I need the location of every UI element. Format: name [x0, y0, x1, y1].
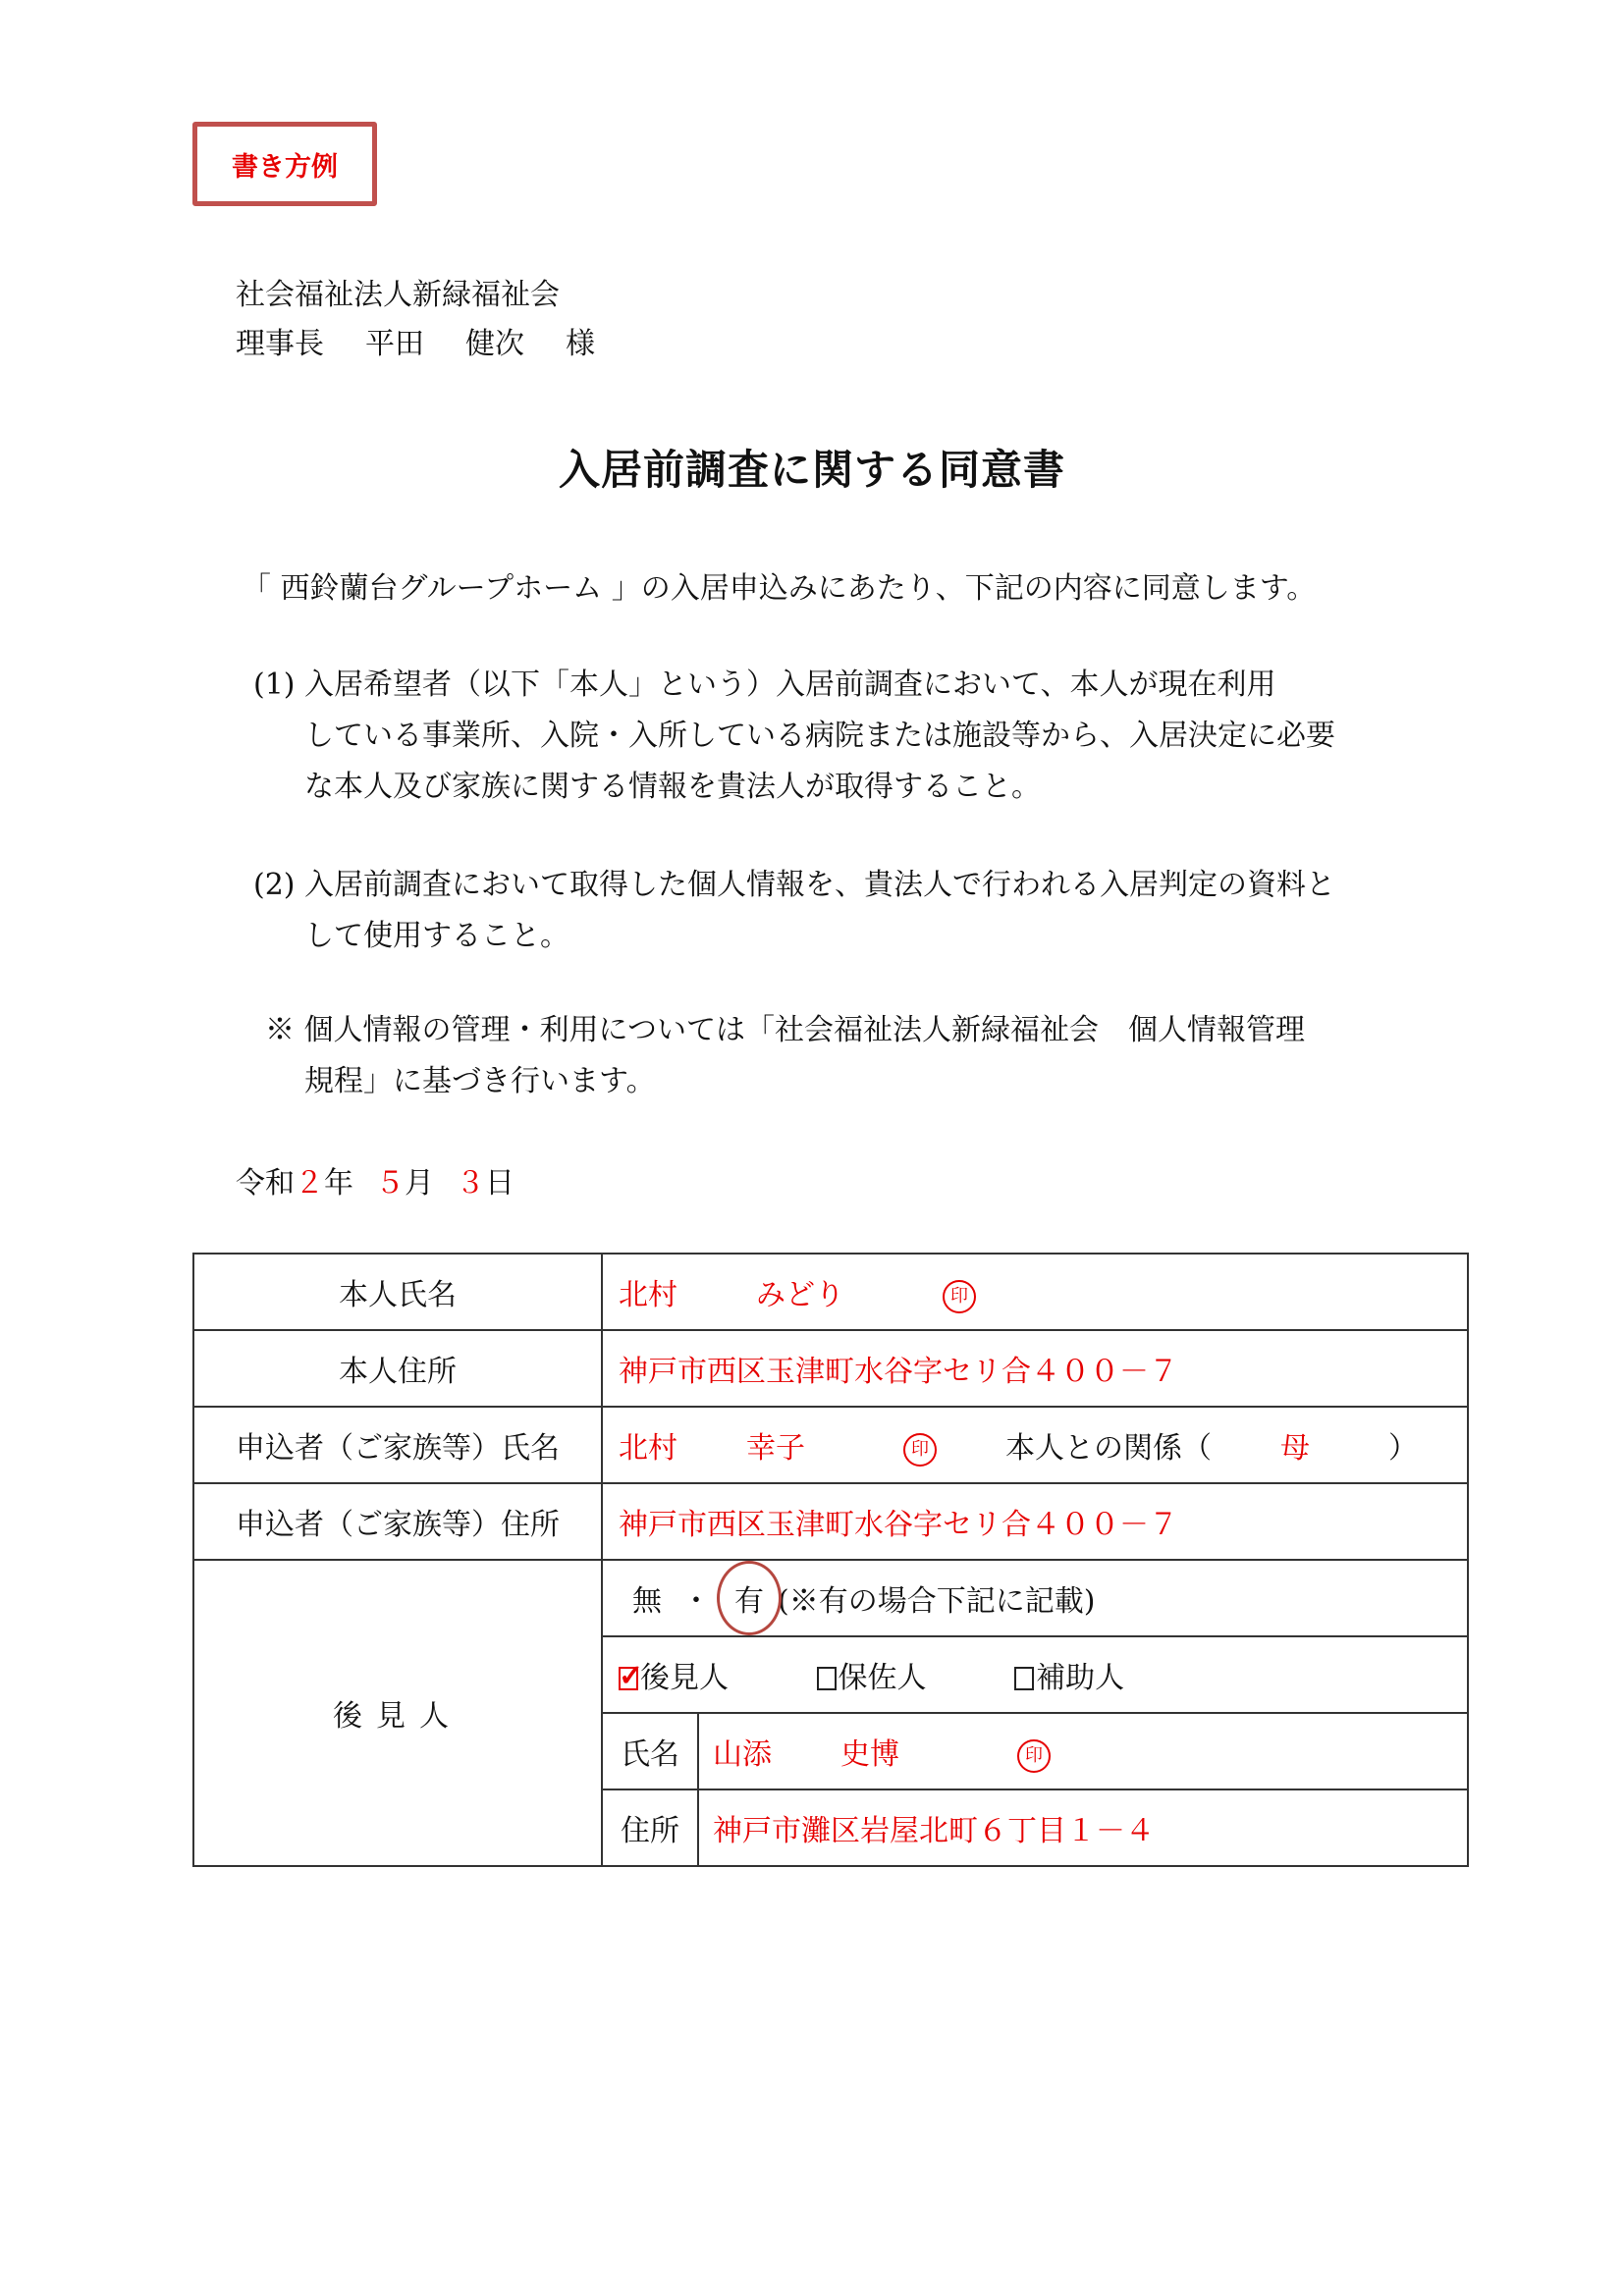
- note-mark: ※: [265, 1013, 295, 1047]
- person-family-name: 北村: [619, 1278, 677, 1312]
- table-row-guardian-presence: 後見人 無・有(※有の場合下記に記載): [193, 1560, 1468, 1636]
- relation-close: ）: [1388, 1431, 1418, 1466]
- item-line: 入居希望者（以下「本人」という）入居前調査において、本人が現在利用: [304, 667, 1275, 702]
- addressee-family-name: 平田: [365, 327, 424, 361]
- date-era: 令和: [236, 1166, 295, 1201]
- date-year-unit: 年: [324, 1166, 353, 1201]
- signature-date: 令和２年５月３日: [236, 1158, 514, 1201]
- guardian-label-text: 後見人: [333, 1699, 462, 1734]
- table-row-applicant-name: 申込者（ご家族等）氏名 北村幸子印本人との関係（母）: [193, 1407, 1468, 1483]
- date-month[interactable]: ５: [375, 1166, 405, 1201]
- guardian-family-name: 山添: [713, 1737, 772, 1772]
- addressee-block: 社会福祉法人新緑福祉会 理事長平田健次様: [236, 271, 595, 369]
- relation-label: 本人との関係（: [1005, 1431, 1212, 1466]
- option-none[interactable]: 無: [632, 1584, 662, 1619]
- item-number: (1): [253, 667, 296, 702]
- applicant-name-field[interactable]: 北村幸子印本人との関係（母）: [602, 1407, 1468, 1483]
- addressee-organization: 社会福祉法人新緑福祉会: [236, 271, 595, 320]
- date-year[interactable]: ２: [295, 1166, 324, 1201]
- guardian-name-label: 氏名: [602, 1713, 698, 1789]
- table-row-person-name: 本人氏名 北村みどり印: [193, 1254, 1468, 1330]
- guardian-name-field[interactable]: 山添史博印: [698, 1713, 1468, 1789]
- option-yes-circled[interactable]: 有: [721, 1576, 778, 1620]
- assistant-type-label: 補助人: [1036, 1661, 1124, 1695]
- applicant-family-name: 北村: [619, 1431, 677, 1466]
- item-number: (2): [253, 868, 296, 902]
- presence-note: (※有の場合下記に記載): [778, 1584, 1095, 1619]
- facility-name: 西鈴蘭台グループホーム: [281, 571, 603, 606]
- checkbox-icon[interactable]: [817, 1667, 837, 1690]
- person-address-field[interactable]: 神戸市西区玉津町水谷字セリ合４００－７: [602, 1330, 1468, 1407]
- guardian-type-field: 後見人 保佐人 補助人: [602, 1636, 1468, 1713]
- date-day[interactable]: ３: [456, 1166, 485, 1201]
- item-line: な本人及び家族に関する情報を貴法人が取得すること。: [253, 762, 1335, 813]
- seal-icon: 印: [943, 1280, 976, 1313]
- intro-text: 」の入居申込みにあたり、下記の内容に同意します。: [612, 571, 1317, 606]
- guardian-given-name: 史博: [840, 1737, 899, 1772]
- note-line: 個人情報の管理・利用については「社会福祉法人新緑福祉会 個人情報管理: [304, 1013, 1305, 1047]
- option-separator: ・: [681, 1584, 711, 1619]
- applicant-given-name: 幸子: [746, 1431, 805, 1466]
- date-month-unit: 月: [405, 1166, 434, 1201]
- addressee-given-name: 健次: [465, 327, 524, 361]
- intro-open-bracket: 「: [242, 571, 271, 606]
- note-line: 規程」に基づき行います。: [265, 1056, 1305, 1107]
- guardian-type-option[interactable]: 後見人: [619, 1661, 729, 1695]
- applicant-info-table: 本人氏名 北村みどり印 本人住所 神戸市西区玉津町水谷字セリ合４００－７ 申込者…: [192, 1253, 1469, 1867]
- consent-item-1: (1) 入居希望者（以下「本人」という）入居前調査において、本人が現在利用 して…: [253, 660, 1335, 813]
- relation-value[interactable]: 母: [1280, 1431, 1310, 1466]
- applicant-address-field[interactable]: 神戸市西区玉津町水谷字セリ合４００－７: [602, 1483, 1468, 1560]
- guardian-type-label: 後見人: [640, 1661, 729, 1695]
- consent-item-2: (2) 入居前調査において取得した個人情報を、貴法人で行われる入居判定の資料と …: [253, 860, 1335, 962]
- table-row-person-address: 本人住所 神戸市西区玉津町水谷字セリ合４００－７: [193, 1330, 1468, 1407]
- guardian-address-field[interactable]: 神戸市灘区岩屋北町６丁目１－４: [698, 1789, 1468, 1866]
- privacy-note: ※ 個人情報の管理・利用については「社会福祉法人新緑福祉会 個人情報管理 規程」…: [265, 1005, 1305, 1107]
- addressee-honorific: 様: [566, 327, 595, 361]
- document-title: 入居前調査に関する同意書: [0, 438, 1624, 497]
- table-row-applicant-address: 申込者（ご家族等）住所 神戸市西区玉津町水谷字セリ合４００－７: [193, 1483, 1468, 1560]
- sample-badge: 書き方例: [192, 122, 377, 206]
- curator-type-option[interactable]: 保佐人: [817, 1661, 927, 1695]
- applicant-address-label: 申込者（ご家族等）住所: [193, 1483, 602, 1560]
- applicant-name-label: 申込者（ご家族等）氏名: [193, 1407, 602, 1483]
- person-name-field[interactable]: 北村みどり印: [602, 1254, 1468, 1330]
- item-line: して使用すること。: [253, 911, 1335, 962]
- seal-icon: 印: [903, 1433, 937, 1467]
- person-given-name: みどり: [756, 1278, 844, 1312]
- sample-badge-label: 書き方例: [232, 145, 338, 184]
- seal-icon: 印: [1017, 1739, 1051, 1773]
- checked-checkbox-icon[interactable]: [619, 1667, 638, 1690]
- curator-type-label: 保佐人: [839, 1661, 927, 1695]
- item-line: 入居前調査において取得した個人情報を、貴法人で行われる入居判定の資料と: [304, 868, 1335, 902]
- intro-statement: 「 西鈴蘭台グループホーム 」の入居申込みにあたり、下記の内容に同意します。: [242, 569, 1316, 609]
- guardian-presence-field: 無・有(※有の場合下記に記載): [602, 1560, 1468, 1636]
- person-address-label: 本人住所: [193, 1330, 602, 1407]
- item-line: している事業所、入院・入所している病院または施設等から、入居決定に必要: [253, 711, 1335, 762]
- person-name-label: 本人氏名: [193, 1254, 602, 1330]
- checkbox-icon[interactable]: [1014, 1667, 1034, 1690]
- assistant-type-option[interactable]: 補助人: [1014, 1661, 1124, 1695]
- addressee-name-line: 理事長平田健次様: [236, 320, 595, 369]
- guardian-address-label: 住所: [602, 1789, 698, 1866]
- guardian-label: 後見人: [193, 1560, 602, 1866]
- option-yes: 有: [734, 1584, 764, 1619]
- addressee-title: 理事長: [236, 327, 324, 361]
- date-day-unit: 日: [485, 1166, 514, 1201]
